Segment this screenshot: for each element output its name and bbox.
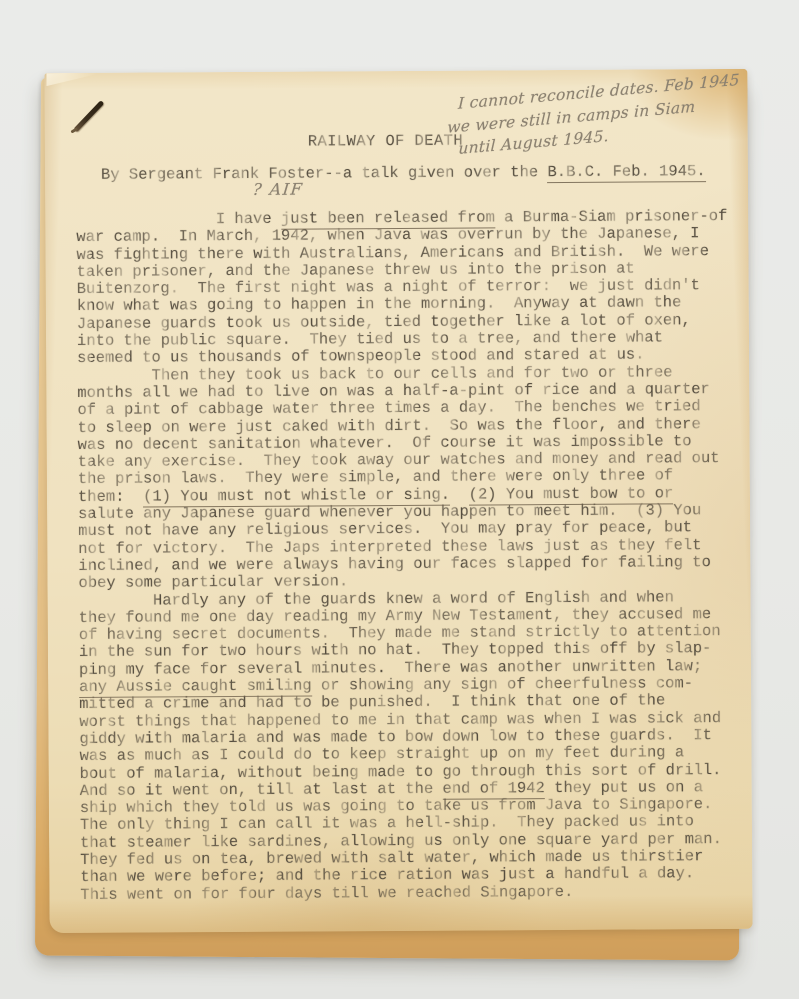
document-body: I have just been released from a Burma-S… bbox=[76, 208, 731, 904]
aif-annotation: ? AIF bbox=[252, 180, 304, 199]
typed-text: By Sergeant Frank Foster--a talk given o… bbox=[101, 163, 548, 184]
photo-background: I cannot reconcile dates. Feb 1945we wer… bbox=[0, 0, 799, 999]
underlined-phrase: B.B.C. Feb. 1945. bbox=[547, 162, 705, 183]
typed-text: or showing any sign of cheerfulness com- bbox=[312, 674, 693, 694]
staple bbox=[73, 100, 104, 132]
underlined-phrase: any Aussie caught smiling bbox=[79, 677, 312, 698]
handwritten-note: I cannot reconcile dates. Feb 1945we wer… bbox=[456, 65, 787, 161]
document-page: I cannot reconcile dates. Feb 1945we wer… bbox=[44, 69, 752, 933]
corner-fold bbox=[46, 73, 102, 86]
document-title: RAILWAY OF DEATH bbox=[308, 133, 463, 151]
typed-text: I have bbox=[76, 210, 281, 229]
typed-text: they put us on a bbox=[545, 778, 703, 797]
typed-text: them: bbox=[78, 487, 143, 505]
staple-hole-mark bbox=[70, 127, 78, 133]
typed-line: This went on for four days till we reach… bbox=[80, 883, 731, 904]
typed-text bbox=[450, 485, 469, 503]
byline: By Sergeant Frank Foster--a talk given o… bbox=[101, 163, 706, 184]
typed-text: a Burma-Siam prisoner-of bbox=[495, 207, 728, 226]
